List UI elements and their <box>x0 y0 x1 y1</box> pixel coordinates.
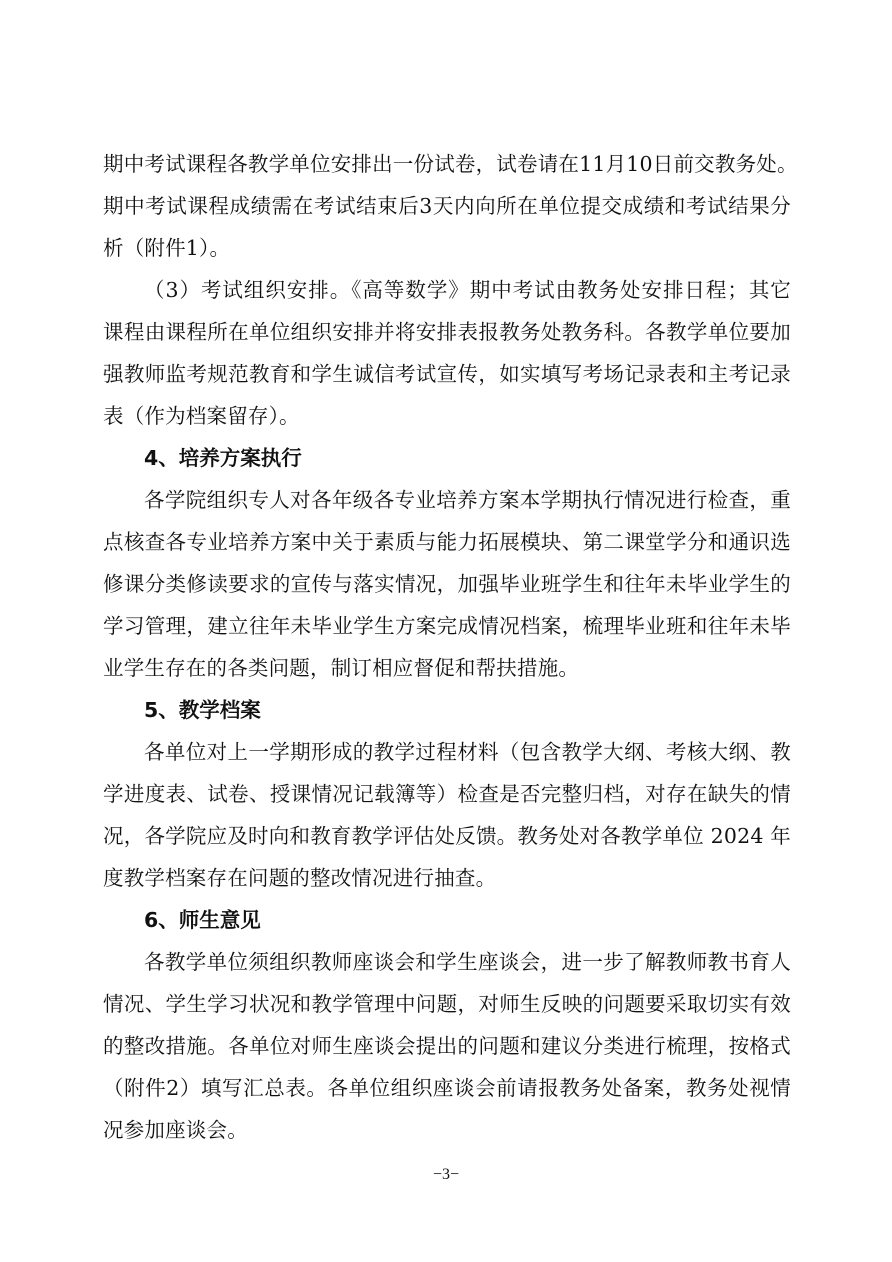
body-line: （3）考试组织安排。《高等数学》期中考试由教务处安排日程；其它 <box>144 278 791 302</box>
section-heading: 5、教学档案 <box>144 698 261 722</box>
section-heading: 4、培养方案执行 <box>144 446 302 470</box>
page-number: −3− <box>0 1166 892 1184</box>
body-line: 点核查各专业培养方案中关于素质与能力拓展模块、第二课堂学分和通识选 <box>103 530 791 554</box>
body-line: 学进度表、试卷、授课情况记载簿等）检查是否完整归档，对存在缺失的情 <box>103 782 791 806</box>
body-line: 业学生存在的各类问题，制订相应督促和帮扶措施。 <box>103 656 791 680</box>
body-line: 各学院组织专人对各年级各专业培养方案本学期执行情况进行检查，重 <box>144 488 791 512</box>
body-line: 情况、学生学习状况和教学管理中问题，对师生反映的问题要采取切实有效 <box>103 992 791 1016</box>
body-line: （附件2）填写汇总表。各单位组织座谈会前请报教务处备案，教务处视情 <box>103 1076 791 1100</box>
body-line: 课程由课程所在单位组织安排并将安排表报教务处教务科。各教学单位要加 <box>103 320 791 344</box>
body-line: 学习管理，建立往年未毕业学生方案完成情况档案，梳理毕业班和往年未毕 <box>103 614 791 638</box>
document-page: 期中考试课程各教学单位安排出一份试卷，试卷请在11月10日前交教务处。 期中考试… <box>0 0 892 1262</box>
body-line: 修课分类修读要求的宣传与落实情况，加强毕业班学生和往年未毕业学生的 <box>103 572 791 596</box>
body-line: 的整改措施。各单位对师生座谈会提出的问题和建议分类进行梳理，按格式 <box>103 1034 791 1058</box>
body-line: 各教学单位须组织教师座谈会和学生座谈会，进一步了解教师教书育人 <box>144 950 791 974</box>
body-line: 期中考试课程各教学单位安排出一份试卷，试卷请在11月10日前交教务处。 <box>103 152 791 176</box>
body-line: 期中考试课程成绩需在考试结束后3天内向所在单位提交成绩和考试结果分 <box>103 194 791 218</box>
body-line: 表（作为档案留存）。 <box>103 404 791 428</box>
body-line: 强教师监考规范教育和学生诚信考试宣传，如实填写考场记录表和主考记录 <box>103 362 791 386</box>
body-line: 况，各学院应及时向和教育教学评估处反馈。教务处对各教学单位 2024 年 <box>103 824 791 848</box>
body-line: 各单位对上一学期形成的教学过程材料（包含教学大纲、考核大纲、教 <box>144 740 791 764</box>
body-line: 析（附件1）。 <box>103 236 791 260</box>
body-line: 度教学档案存在问题的整改情况进行抽查。 <box>103 866 791 890</box>
body-line: 况参加座谈会。 <box>103 1118 791 1142</box>
section-heading: 6、师生意见 <box>144 908 261 932</box>
